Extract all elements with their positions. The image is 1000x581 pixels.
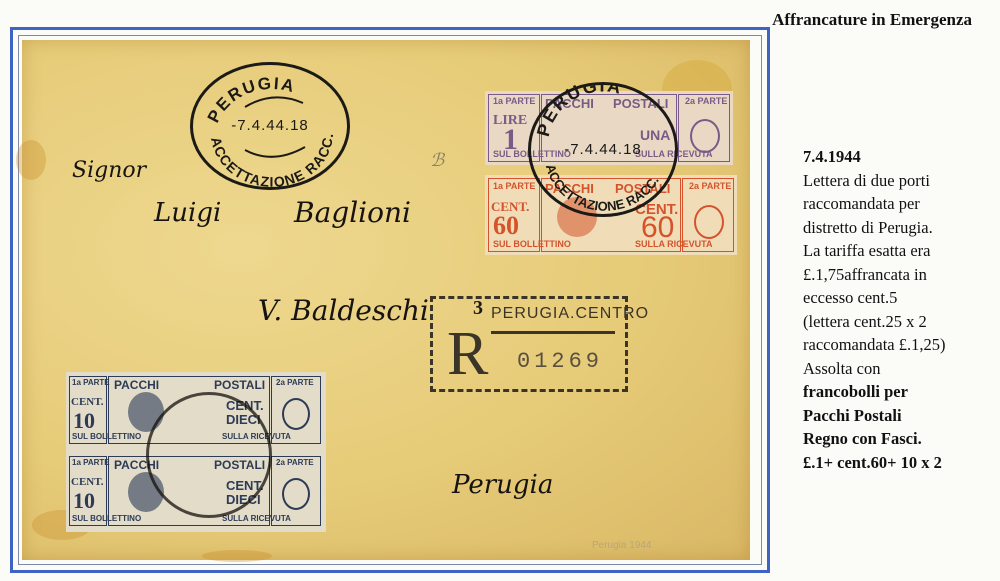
registration-label: R 3 PERUGIA.CENTRO 01269 <box>430 296 628 392</box>
svg-text:ACCETTAZIONE RACC.: ACCETTAZIONE RACC. <box>543 162 662 214</box>
postmark-bottom-text: ACCETTAZIONE RACC. <box>208 132 336 187</box>
postmark-accettazione: PERUGIA ACCETTAZIONE RACC. -7.4.44.18 <box>190 62 350 190</box>
svg-text:ACCETTAZIONE RACC.: ACCETTAZIONE RACC. <box>208 132 336 187</box>
registration-office: PERUGIA.CENTRO <box>491 305 649 323</box>
description-bold-line: £.1+ cent.60+ 10 x 2 <box>803 451 998 475</box>
description-line: distretto di Perugia. <box>803 216 998 240</box>
svg-text:PERUGIA: PERUGIA <box>533 85 624 139</box>
description-line: £.1,75affrancata in <box>803 263 998 287</box>
description-bold-line: francobolli per <box>803 380 998 404</box>
registration-number: 01269 <box>517 349 603 374</box>
registration-index: 3 <box>473 297 483 320</box>
address-last-name: Baglioni <box>294 196 411 229</box>
description-bold-line: Regno con Fasci. <box>803 427 998 451</box>
pencil-initials: ℬ <box>430 150 444 171</box>
envelope-cover: PERUGIA ACCETTAZIONE RACC. -7.4.44.18 1a… <box>22 40 750 560</box>
savoy-crest-icon <box>694 205 724 239</box>
postmark-date: -7.4.44.18 <box>531 141 675 158</box>
description-date: 7.4.1944 <box>803 145 998 169</box>
description-line: La tariffa esatta era <box>803 239 998 263</box>
savoy-crest-icon <box>282 398 310 430</box>
postmark-on-stamp-block <box>146 392 272 518</box>
description-panel: 7.4.1944 Lettera di due porti raccomanda… <box>803 145 998 474</box>
registration-letter: R <box>447 319 488 390</box>
description-line: (lettera cent.25 x 2 <box>803 310 998 334</box>
pencil-note: Perugia 1944 <box>592 540 652 551</box>
savoy-crest-icon <box>690 119 720 153</box>
description-line: Assolta con <box>803 357 998 381</box>
description-bold-line: Pacchi Postali <box>803 404 998 428</box>
postmark-on-stamps: PERUGIA ACCETTAZIONE RACC. -7.4.44.18 <box>528 82 678 217</box>
description-line: eccesso cent.5 <box>803 286 998 310</box>
address-first-name: Luigi <box>154 198 221 228</box>
stamp-block-cent-10: 1a PARTE CENT. 10 PACCHI POSTALI CENT. D… <box>66 372 326 532</box>
savoy-crest-icon <box>282 478 310 510</box>
postmark-date: -7.4.44.18 <box>193 117 347 134</box>
address-salutation: Signor <box>72 158 146 183</box>
description-line: raccomandata £.1,25) <box>803 333 998 357</box>
page-title: Affrancature in Emergenza <box>772 10 972 30</box>
description-line: Lettera di due porti <box>803 169 998 193</box>
address-street: V. Baldeschi <box>258 294 429 327</box>
description-line: raccomandata per <box>803 192 998 216</box>
address-city: Perugia <box>452 470 553 500</box>
